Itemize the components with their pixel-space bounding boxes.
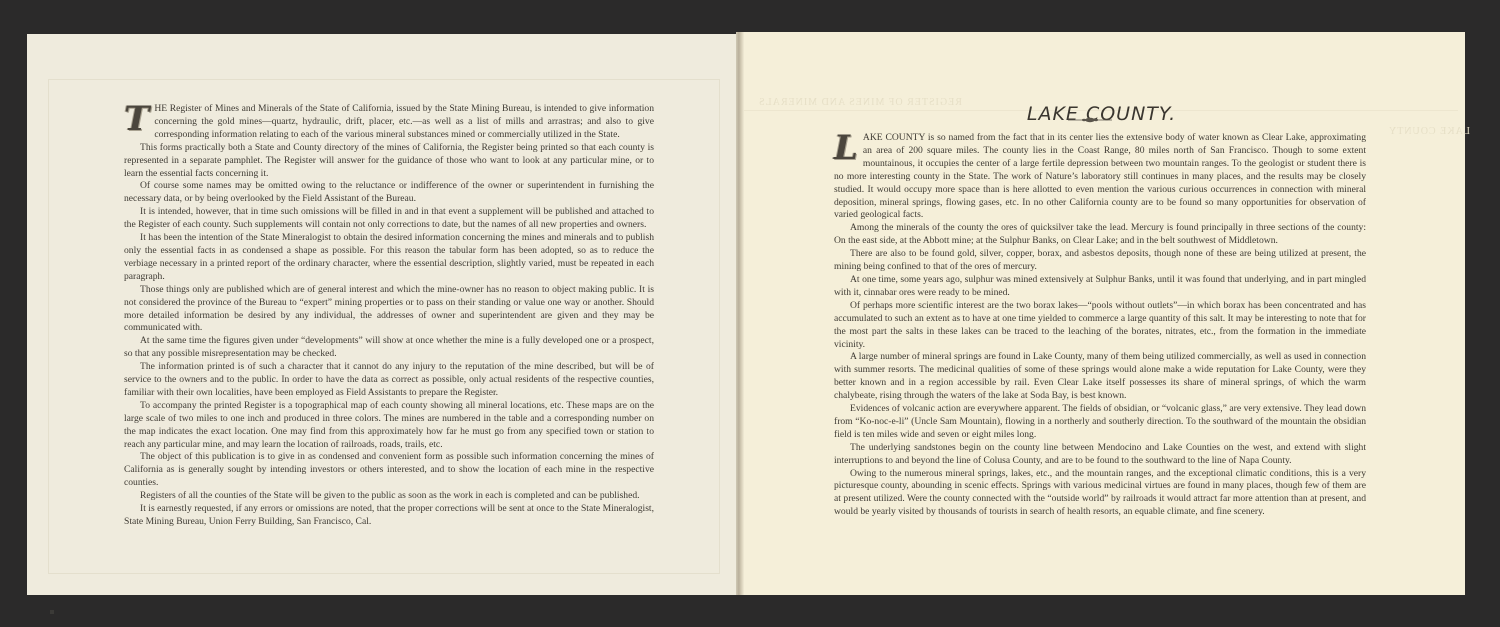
paragraph: THE Register of Mines and Minerals of th… (124, 103, 654, 142)
paragraph: At one time, some years ago, sulphur was… (834, 274, 1366, 300)
paragraph: To accompany the printed Register is a t… (124, 400, 654, 452)
ornament-divider-icon (1068, 117, 1112, 123)
paragraph: Evidences of volcanic action are everywh… (834, 403, 1366, 442)
left-page: THE Register of Mines and Minerals of th… (27, 34, 738, 595)
bleed-through-title: LAKE COUNTY (1388, 126, 1470, 137)
right-page-text: LAKE COUNTY is so named from the fact th… (834, 132, 1366, 519)
paragraph: Registers of all the counties of the Sta… (124, 490, 654, 503)
paragraph: Of perhaps more scientific interest are … (834, 300, 1366, 352)
paragraph: Those things only are published which ar… (124, 284, 654, 336)
page-fold (736, 32, 744, 595)
dropcap-t-icon: T (124, 104, 149, 134)
paragraph: Among the minerals of the county the ore… (834, 222, 1366, 248)
paragraph-text: AKE COUNTY is so named from the fact tha… (834, 132, 1366, 220)
paragraph: There are also to be found gold, silver,… (834, 248, 1366, 274)
paragraph: It is intended, however, that in time su… (124, 206, 654, 232)
paragraph: A large number of mineral springs are fo… (834, 351, 1366, 403)
paragraph: At the same time the figures given under… (124, 335, 654, 361)
paragraph: This forms practically both a State and … (124, 142, 654, 181)
left-page-text: THE Register of Mines and Minerals of th… (124, 103, 654, 529)
right-page: REGISTER OF MINES AND MINERALS LAKE COUN… (738, 32, 1465, 595)
paragraph: The object of this publication is to giv… (124, 451, 654, 490)
paragraph: It is earnestly requested, if any errors… (124, 503, 654, 529)
paragraph: LAKE COUNTY is so named from the fact th… (834, 132, 1366, 222)
paragraph: Owing to the numerous mineral springs, l… (834, 468, 1366, 520)
paragraph: The underlying sandstones begin on the c… (834, 442, 1366, 468)
dropcap-l-icon: L (834, 133, 858, 163)
paragraph: Of course some names may be omitted owin… (124, 180, 654, 206)
paragraph-text: HE Register of Mines and Minerals of the… (154, 103, 654, 140)
paragraph: The information printed is of such a cha… (124, 361, 654, 400)
paragraph: It has been the intention of the State M… (124, 232, 654, 284)
scan-speck (50, 610, 54, 614)
